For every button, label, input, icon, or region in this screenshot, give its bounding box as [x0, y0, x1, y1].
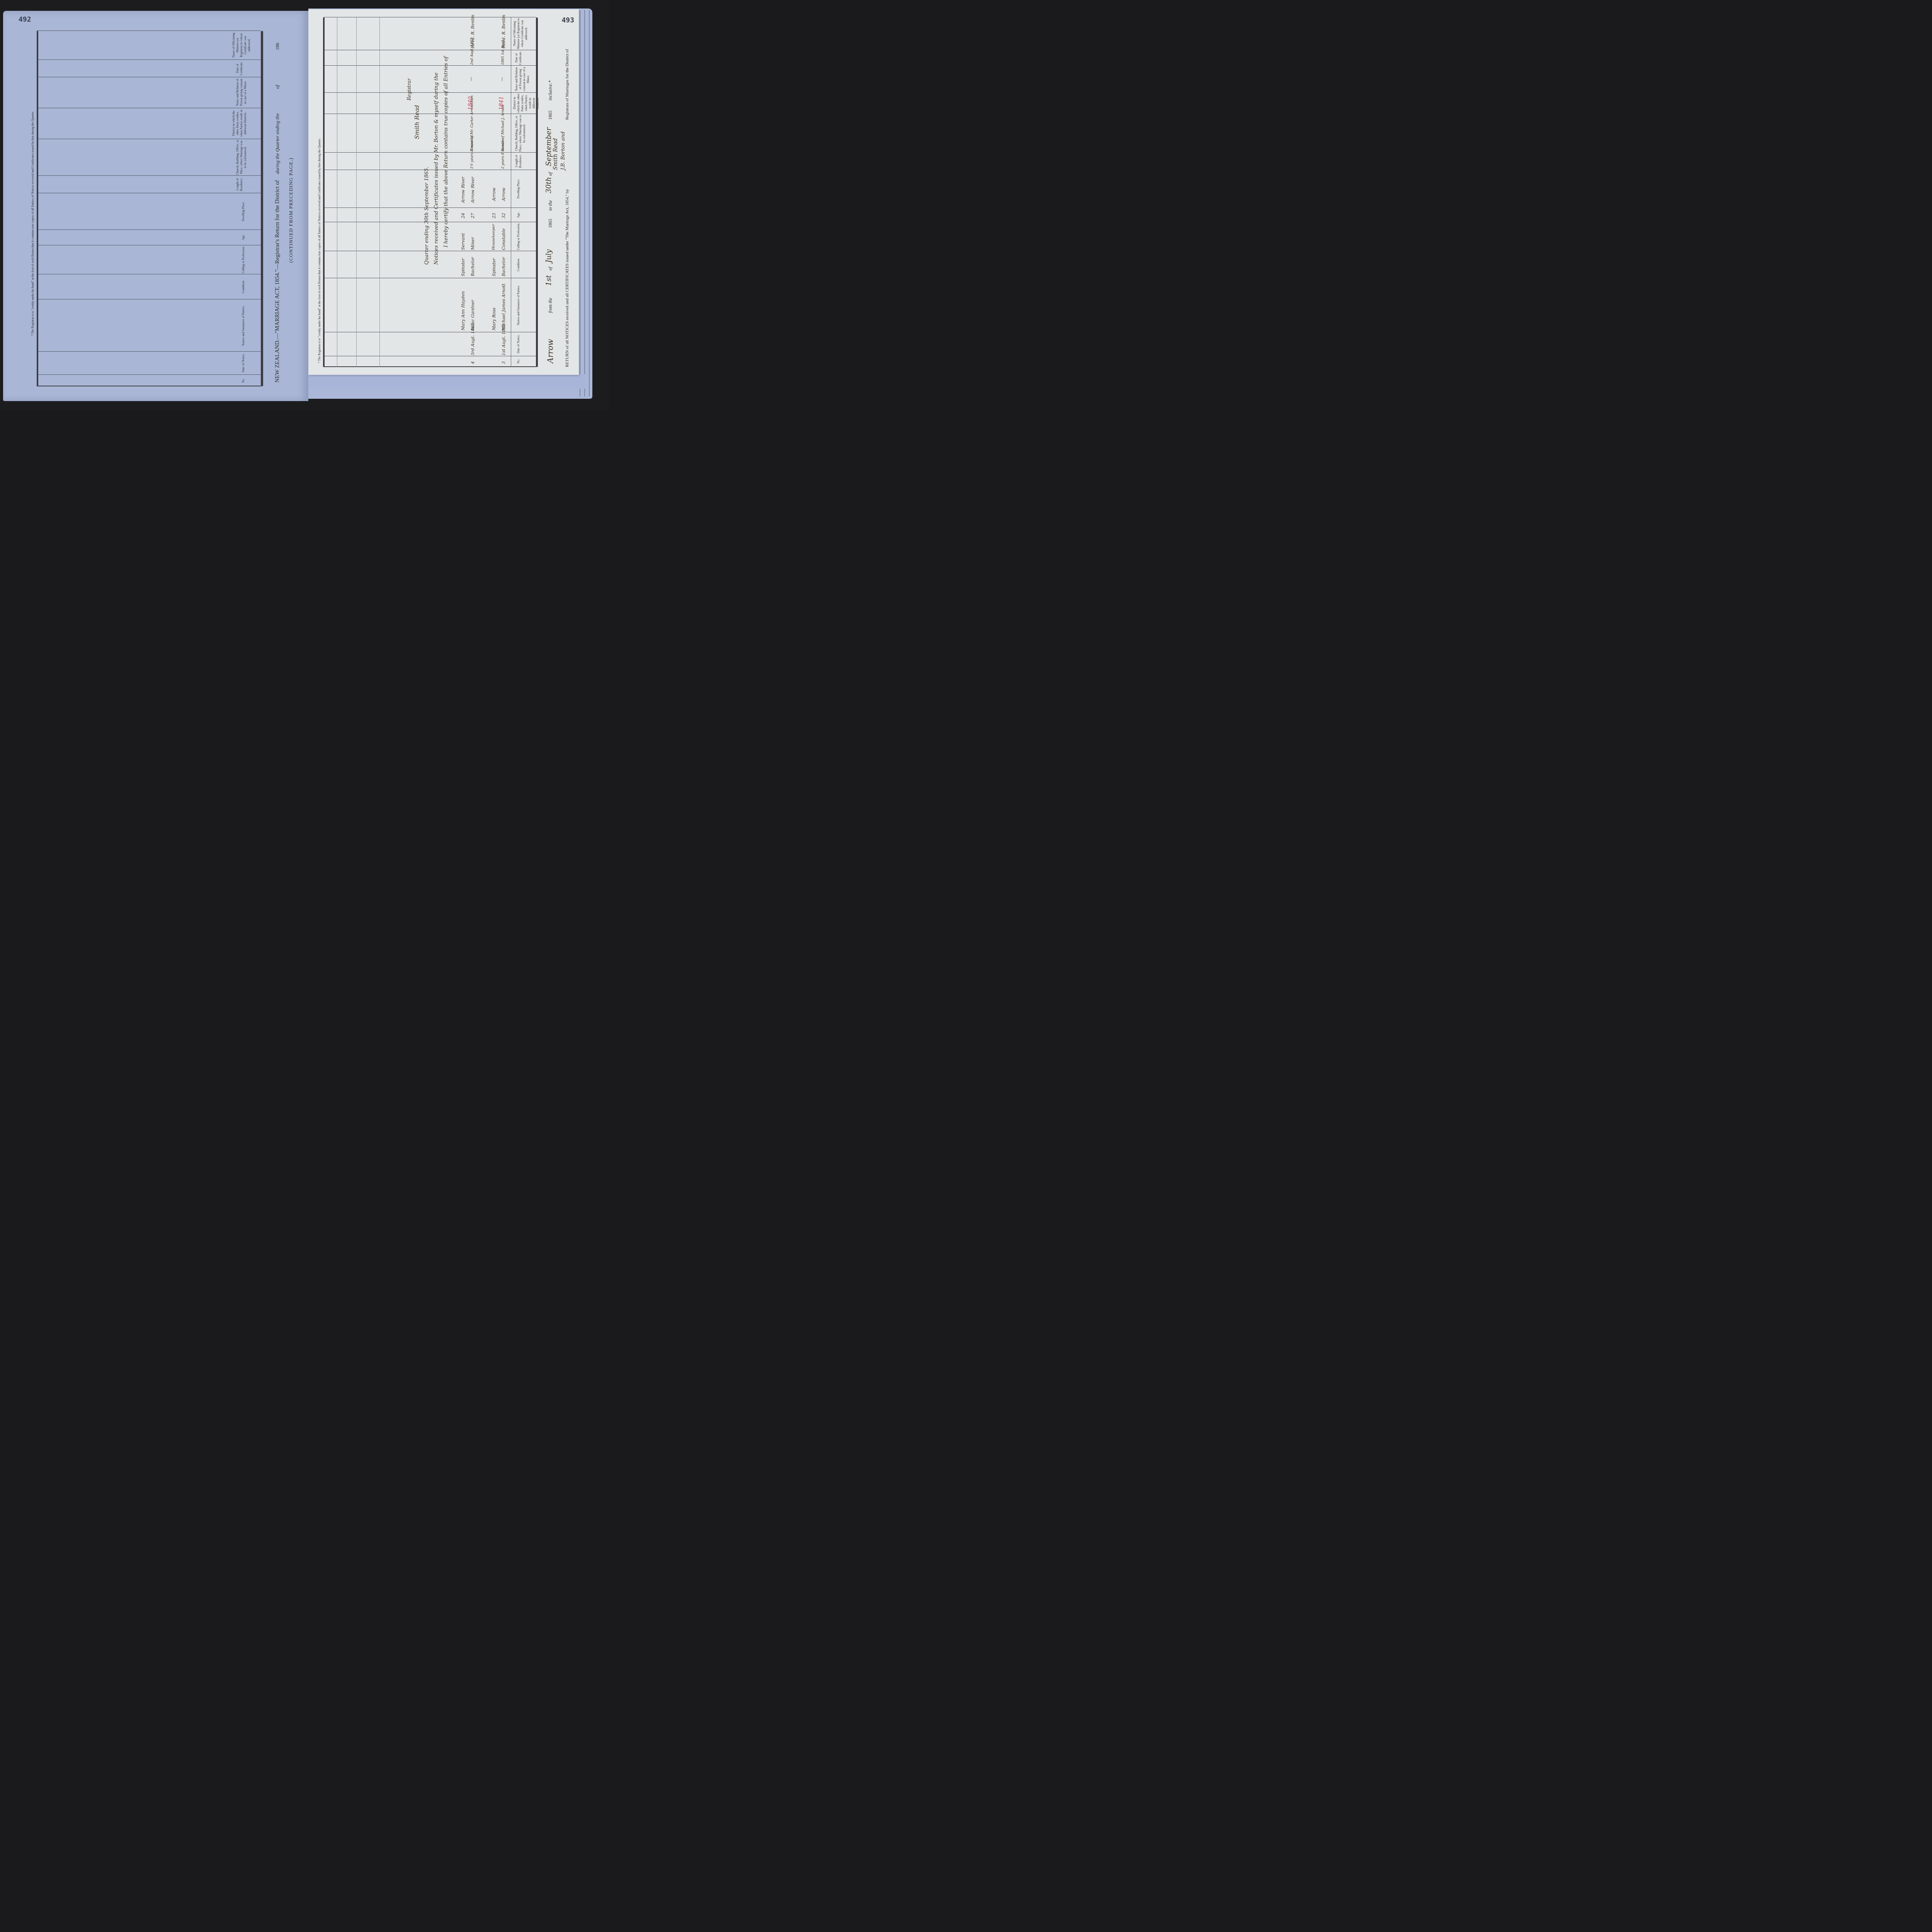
- left-column-grid: [37, 31, 261, 386]
- entry-calling2: Housekeeper: [492, 224, 496, 250]
- entry-condition2: Spinster: [492, 258, 497, 276]
- col-minister: Name of Officiating Minister (or Registr…: [513, 18, 528, 49]
- left-quarter-label: during the Quarter ending the: [274, 113, 281, 174]
- registrar-role: Registrar: [406, 78, 412, 100]
- entry-condition1: Bachelor: [501, 257, 506, 276]
- col-calling: Calling or Profession.: [517, 223, 520, 250]
- entry-condition2: Spinster: [461, 258, 466, 276]
- header-row-divider: [511, 17, 511, 367]
- left-col-calling: Calling or Profession.: [241, 246, 245, 274]
- col-church: Church, Building, Office, or Place, wher…: [515, 115, 526, 152]
- entry-dwelling1: Arrow: [501, 188, 506, 201]
- entry-consent: —: [499, 77, 504, 81]
- entry-party2: Mary Ann Hayden: [461, 291, 466, 330]
- entry-calling1: Miner: [470, 237, 475, 250]
- blue-fold-strip: [308, 374, 586, 389]
- col-date-notice: Date of Notice.: [517, 332, 520, 355]
- col-no: No.: [517, 356, 520, 366]
- left-col-date: Date of Notice.: [241, 352, 245, 374]
- certification-line-1: I hereby certify that the above Return c…: [443, 56, 449, 247]
- left-col-consent: Name and Relation of Person giving conse…: [236, 77, 247, 107]
- to-day: 30th: [545, 177, 553, 193]
- from-label: from the: [548, 298, 553, 313]
- registrar-signature: Smith Read: [413, 105, 420, 139]
- left-col-minister: Name of Officiating Minister (or Registr…: [232, 31, 251, 59]
- entry-party1: Michael James Arnott: [501, 284, 506, 330]
- right-return-form: RETURN of all NOTICES received and all C…: [314, 17, 577, 367]
- right-footnote: * The Registrar is to "certify under his…: [318, 138, 321, 363]
- right-title-registrars: Registrars of Marriages for the District…: [565, 49, 570, 120]
- from-day: 1st: [545, 275, 553, 286]
- col-names: Names and Surnames of Parties.: [517, 279, 520, 332]
- col-cert-date: Date of Certificate.: [515, 51, 522, 65]
- col-length: Length of Residence.: [515, 153, 522, 169]
- entry-condition1: Bachelor: [470, 257, 475, 276]
- from-month: July: [545, 249, 553, 263]
- left-of-label: of: [274, 85, 281, 89]
- page-edges: [580, 10, 595, 396]
- left-footnote: * The Registrar is to "certify under his…: [31, 111, 34, 336]
- to-label: to the: [548, 200, 553, 211]
- entry-party1: Isaac Gardner: [470, 300, 475, 330]
- entry-no: 3: [501, 361, 506, 364]
- col-district: District in which the other Party reside…: [513, 93, 540, 113]
- entry-district-red-number: 1841: [498, 96, 505, 110]
- registrar-handwriting-2: Smith Read: [553, 138, 559, 170]
- year-1: 1865: [548, 219, 553, 228]
- left-col-district: District in which the other Party reside…: [232, 108, 247, 138]
- page-number-left: 492: [19, 15, 31, 24]
- left-blank-form: (CONTINUED FROM PRECEDING PAGE.) NEW ZEA…: [21, 27, 299, 390]
- left-col-age: Age.: [241, 230, 245, 245]
- col-consent: Name and Relation of Person giving conse…: [515, 66, 530, 92]
- left-header-rule: [261, 31, 263, 386]
- entry-church: House of Michael J. Arnott: [501, 105, 505, 151]
- entry-dwelling2: Arrow: [492, 188, 497, 201]
- year-2: 1865: [548, 111, 553, 120]
- col-age: Age.: [517, 208, 520, 221]
- of-label-1: of: [548, 267, 553, 270]
- continued-label: (CONTINUED FROM PRECEDING PAGE.): [288, 158, 294, 263]
- entry-calling2: Servant: [461, 233, 466, 250]
- entry-age1: 27: [470, 213, 475, 218]
- entry-minister: Revd. R. Bentin: [470, 15, 475, 48]
- entry-dwelling1: Arrow River: [470, 177, 475, 203]
- district-handwriting: Arrow: [546, 339, 555, 363]
- left-col-condition: Condition.: [241, 275, 245, 299]
- col-dwelling: Dwelling Place.: [517, 170, 520, 207]
- entry-calling1: Constable: [501, 228, 506, 250]
- inclusive-label: inclusive.*: [548, 80, 553, 100]
- col-condition: Condition.: [517, 252, 520, 277]
- left-footer-rule: [37, 31, 38, 386]
- of-label-2: of: [548, 172, 553, 176]
- entry-party2: Mary Ross: [492, 308, 497, 330]
- right-footer-rule: [323, 17, 325, 367]
- certification-line-2: Notices received and Certificates issued…: [434, 73, 439, 265]
- left-col-cert-date: Date of Certificate.: [236, 60, 243, 77]
- entry-consent: —: [468, 77, 473, 81]
- register-book-spread: 492 (CONTINUED FROM PRECEDING PAGE.) NEW…: [0, 0, 609, 410]
- registrar-handwriting: J.B. Borton and: [560, 131, 566, 170]
- left-year-label: 186: [274, 43, 281, 51]
- entry-dwelling2: Arrow River: [461, 177, 466, 203]
- left-col-no: No.: [241, 376, 245, 386]
- left-form-title: NEW ZEALAND.—"MARRIAGE ACT, 1854."—Regis…: [274, 180, 281, 383]
- right-header-rule: [536, 17, 538, 367]
- left-col-church: Church, Building, Office, or Place, wher…: [236, 139, 247, 175]
- entry-age2: 23: [492, 213, 497, 218]
- to-month: September: [545, 128, 553, 166]
- entry-district-red-number: 1840: [468, 96, 474, 110]
- entry-age2: 24: [461, 213, 466, 218]
- entry-minister: Revd. R. Bentin: [501, 15, 506, 48]
- entry-no: 4: [470, 361, 475, 364]
- left-col-names: Names and Surnames of Parties.: [241, 301, 245, 351]
- left-col-dwelling: Dwelling Place.: [241, 194, 245, 229]
- left-col-length: Length of Residence.: [236, 176, 243, 192]
- certification-line-3: Quarter ending 30th September 1865.: [424, 167, 430, 265]
- entry-age1: 32: [501, 213, 506, 218]
- right-title-line1: RETURN of all NOTICES received and all C…: [565, 189, 570, 367]
